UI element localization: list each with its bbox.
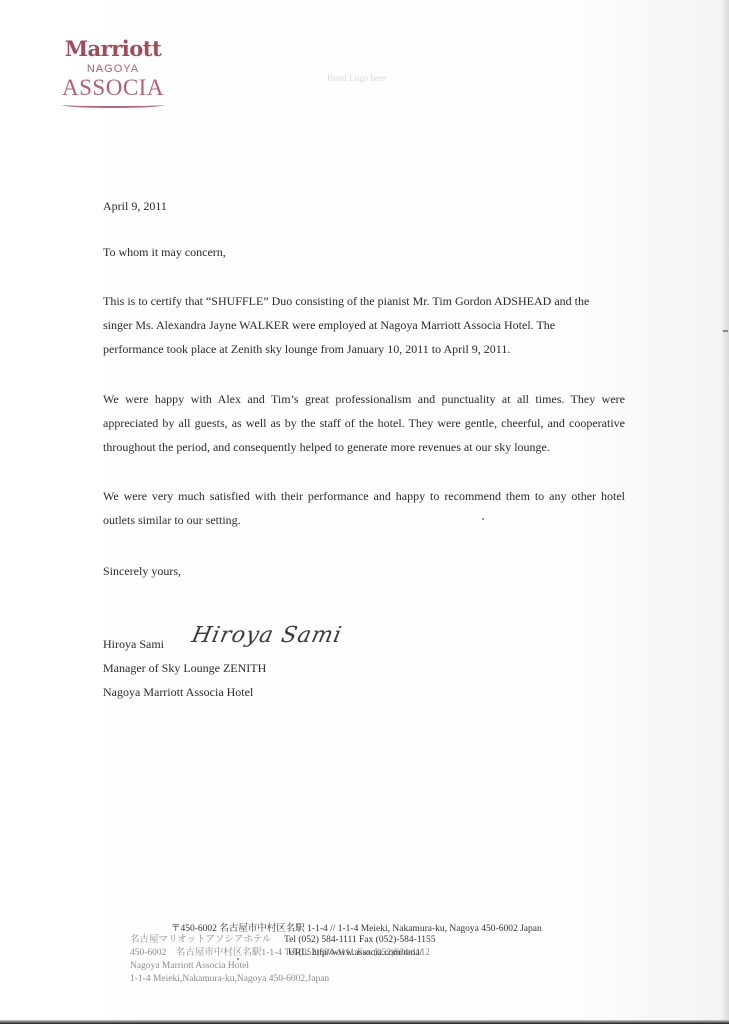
logo-placeholder-text: Hotel Logo here xyxy=(327,73,386,83)
scan-right-edge xyxy=(722,0,729,1024)
paragraph-certification: This is to certify that “SHUFFLE” Duo co… xyxy=(103,289,625,361)
scan-edge-mark xyxy=(723,330,728,332)
paragraph-line: This is to certify that “SHUFFLE” Duo co… xyxy=(103,289,625,313)
scan-speck xyxy=(482,518,484,520)
salutation: To whom it may concern, xyxy=(103,240,226,264)
logo-swoosh-icon xyxy=(62,102,164,108)
paragraph-recommendation: We were very much satisfied with their p… xyxy=(103,484,625,532)
handwritten-signature: Hiroya Sami xyxy=(189,624,344,648)
paragraph-line: outlets similar to our setting. xyxy=(103,513,241,527)
stamp-line: Nagoya Marriott Associa Hotel xyxy=(130,960,430,973)
letter-date: April 9, 2011 xyxy=(103,194,167,218)
footer-contact: Tel (052) 584-1111 Fax (052)-584-1155 UR… xyxy=(284,934,435,960)
footer-url: URL: http//www.associa.com/nma/ xyxy=(284,947,435,960)
letter-page: Marriott NAGOYA ASSOCIA Hotel Logo here … xyxy=(0,0,722,1020)
logo-brand: Marriott xyxy=(58,38,168,60)
footer-address: 〒450-6002 名古屋市中村区名駅 1-1-4 // 1-1-4 Meiek… xyxy=(171,920,542,934)
closing: Sincerely yours, xyxy=(103,559,181,583)
hotel-logo: Marriott NAGOYA ASSOCIA xyxy=(58,38,168,108)
signer-organization: Nagoya Marriott Associa Hotel xyxy=(103,680,266,704)
paragraph-line: performance took place at Zenith sky lou… xyxy=(103,337,625,361)
footer-tel-fax: Tel (052) 584-1111 Fax (052)-584-1155 xyxy=(284,934,435,947)
scan-bottom-edge xyxy=(0,1020,729,1024)
logo-hotel-name: ASSOCIA xyxy=(58,76,168,100)
paragraph-line: We were very much satisfied with their p… xyxy=(103,484,625,508)
paragraph-praise: We were happy with Alex and Tim’s great … xyxy=(103,387,625,459)
logo-city: NAGOYA xyxy=(58,62,168,76)
signer-title: Manager of Sky Lounge ZENITH xyxy=(103,656,266,680)
stamp-line: 1-1-4 Meieki,Nakamura-ku,Nagoya 450-6002… xyxy=(130,973,430,986)
paragraph-line: singer Ms. Alexandra Jayne WALKER were e… xyxy=(103,313,625,337)
